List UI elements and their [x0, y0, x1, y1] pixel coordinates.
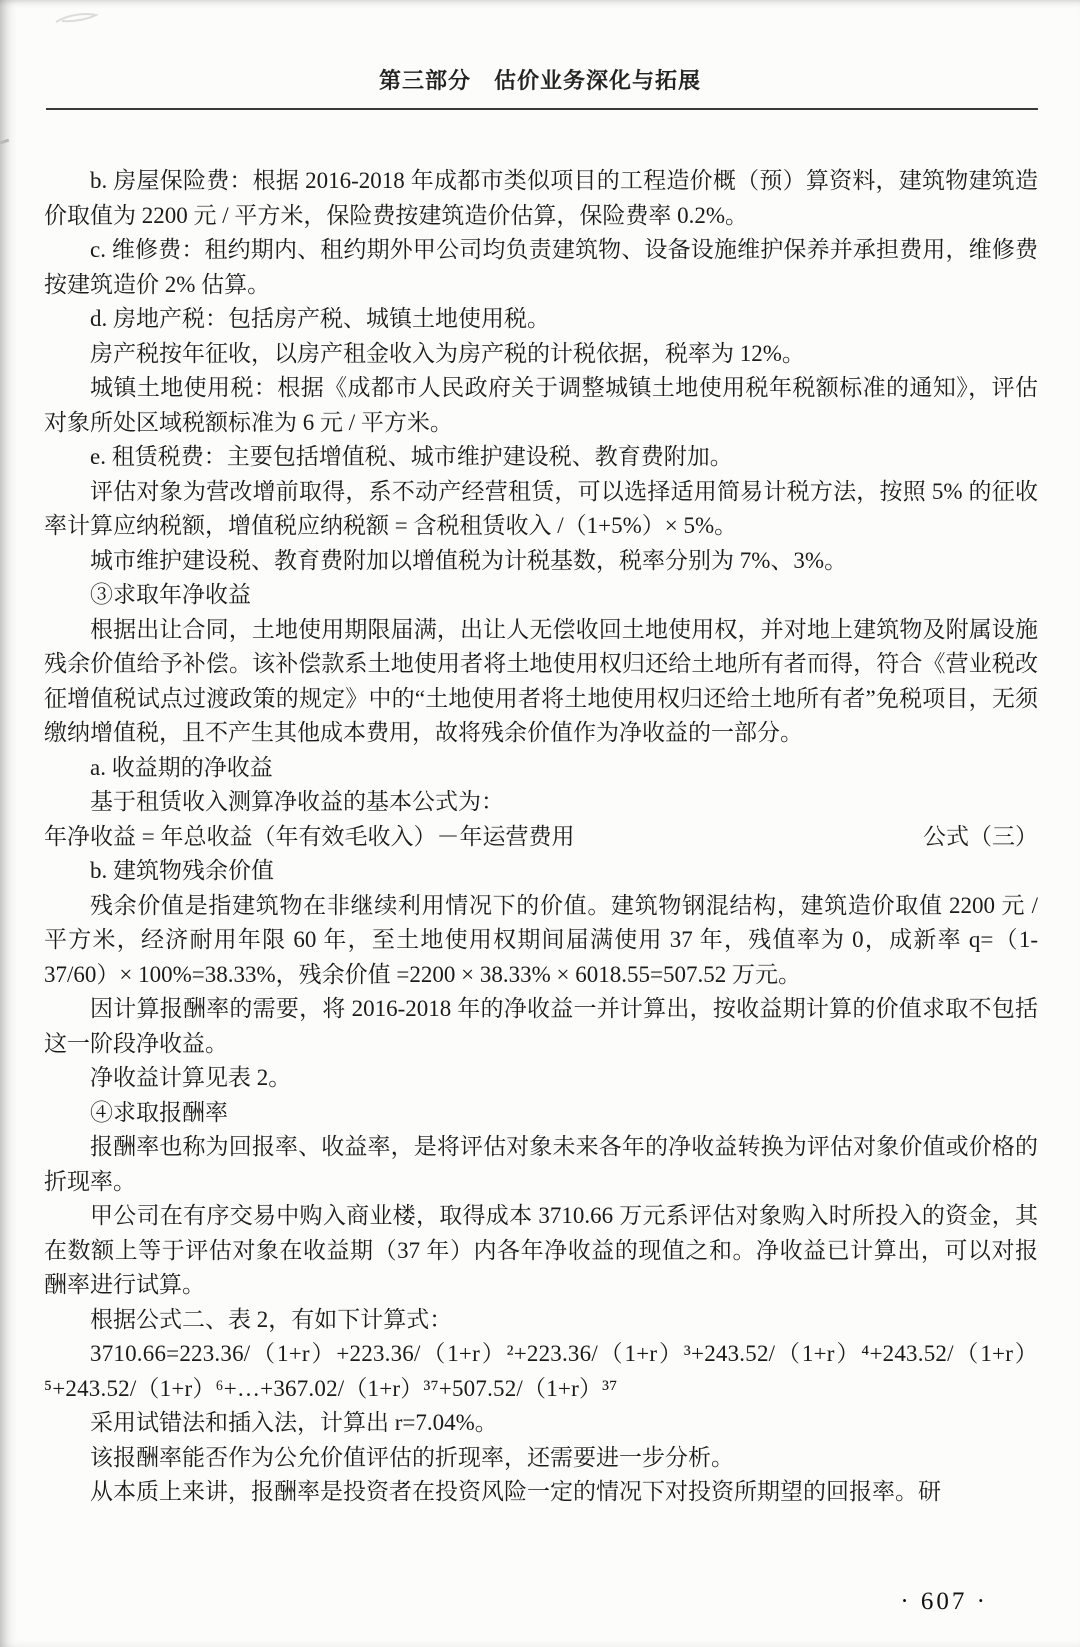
para-real-estate-tax: d. 房地产税：包括房产税、城镇土地使用税。: [44, 302, 1038, 337]
formula-three-label: 公式（三）: [923, 820, 1038, 855]
para-residual-value-calc: 残余价值是指建筑物在非继续利用情况下的价值。建筑物钢混结构，建筑造价取值 220…: [44, 889, 1038, 993]
para-2016-2018-net-income: 因计算报酬率的需要，将 2016-2018 年的净收益一并计算出，按收益期计算的…: [44, 992, 1038, 1061]
para-npv-equation: 3710.66=223.36/（1+r）+223.36/（1+r）²+223.3…: [44, 1337, 1038, 1406]
para-net-income-formula-intro: 基于租赁收入测算净收益的基本公式为：: [44, 785, 1038, 820]
formula-three-line: 年净收益 = 年总收益（年有效毛收入）－年运营费用 公式（三）: [44, 820, 1038, 855]
para-vat-simple-method: 评估对象为营改增前取得，系不动产经营租赁，可以选择适用简易计税方法，按照 5% …: [44, 475, 1038, 544]
running-header-title: 第三部分 估价业务深化与拓展: [0, 0, 1080, 95]
para-purchase-cost: 甲公司在有序交易中购入商业楼，取得成本 3710.66 万元系评估对象购入时所投…: [44, 1199, 1038, 1303]
body-text: b. 房屋保险费：根据 2016-2018 年成都市类似项目的工程造价概（预）算…: [44, 164, 1038, 1510]
para-house-insurance-fee: b. 房屋保险费：根据 2016-2018 年成都市类似项目的工程造价概（预）算…: [44, 164, 1038, 233]
para-rate-definition: 报酬率也称为回报率、收益率，是将评估对象未来各年的净收益转换为评估对象价值或价格…: [44, 1130, 1038, 1199]
para-essence-of-return-rate: 从本质上来讲，报酬率是投资者在投资风险一定的情况下对投资所期望的回报率。研: [44, 1475, 1038, 1510]
scanned-book-page: 第三部分 估价业务深化与拓展 b. 房屋保险费：根据 2016-2018 年成都…: [0, 0, 1080, 1647]
scan-artifact-tick: [0, 139, 9, 145]
heading-building-residual-value: b. 建筑物残余价值: [44, 854, 1038, 889]
page-number: · 607 ·: [900, 1588, 988, 1616]
formula-three-text: 年净收益 = 年总收益（年有效毛收入）－年运营费用: [44, 820, 574, 855]
para-calc-intro: 根据公式二、表 2，有如下计算式：: [44, 1303, 1038, 1338]
para-trial-error-result: 采用试错法和插入法，计算出 r=7.04%。: [44, 1406, 1038, 1441]
para-rental-taxes: e. 租赁税费：主要包括增值税、城市维护建设税、教育费附加。: [44, 440, 1038, 475]
para-land-return-compensation: 根据出让合同，土地使用期限届满，出让人无偿收回土地使用权，并对地上建筑物及附属设…: [44, 613, 1038, 751]
heading-step4-rate-of-return: ④求取报酬率: [44, 1096, 1038, 1131]
para-urban-construction-tax: 城市维护建设税、教育费附加以增值税为计税基数，税率分别为 7%、3%。: [44, 544, 1038, 579]
header-rule: [46, 108, 1038, 110]
para-maintenance-fee: c. 维修费：租约期内、租约期外甲公司均负责建筑物、设备设施维护保养并承担费用，…: [44, 233, 1038, 302]
para-urban-land-use-tax: 城镇土地使用税：根据《成都市人民政府关于调整城镇土地使用税年税额标准的通知》，评…: [44, 371, 1038, 440]
para-net-income-table2: 净收益计算见表 2。: [44, 1061, 1038, 1096]
scan-artifact-squiggle: [52, 8, 104, 30]
heading-income-period-net-income: a. 收益期的净收益: [44, 751, 1038, 786]
para-property-tax: 房产税按年征收，以房产租金收入为房产税的计税依据，税率为 12%。: [44, 337, 1038, 372]
heading-step3-annual-net-income: ③求取年净收益: [44, 578, 1038, 613]
para-fair-value-question: 该报酬率能否作为公允价值评估的折现率，还需要进一步分析。: [44, 1441, 1038, 1476]
